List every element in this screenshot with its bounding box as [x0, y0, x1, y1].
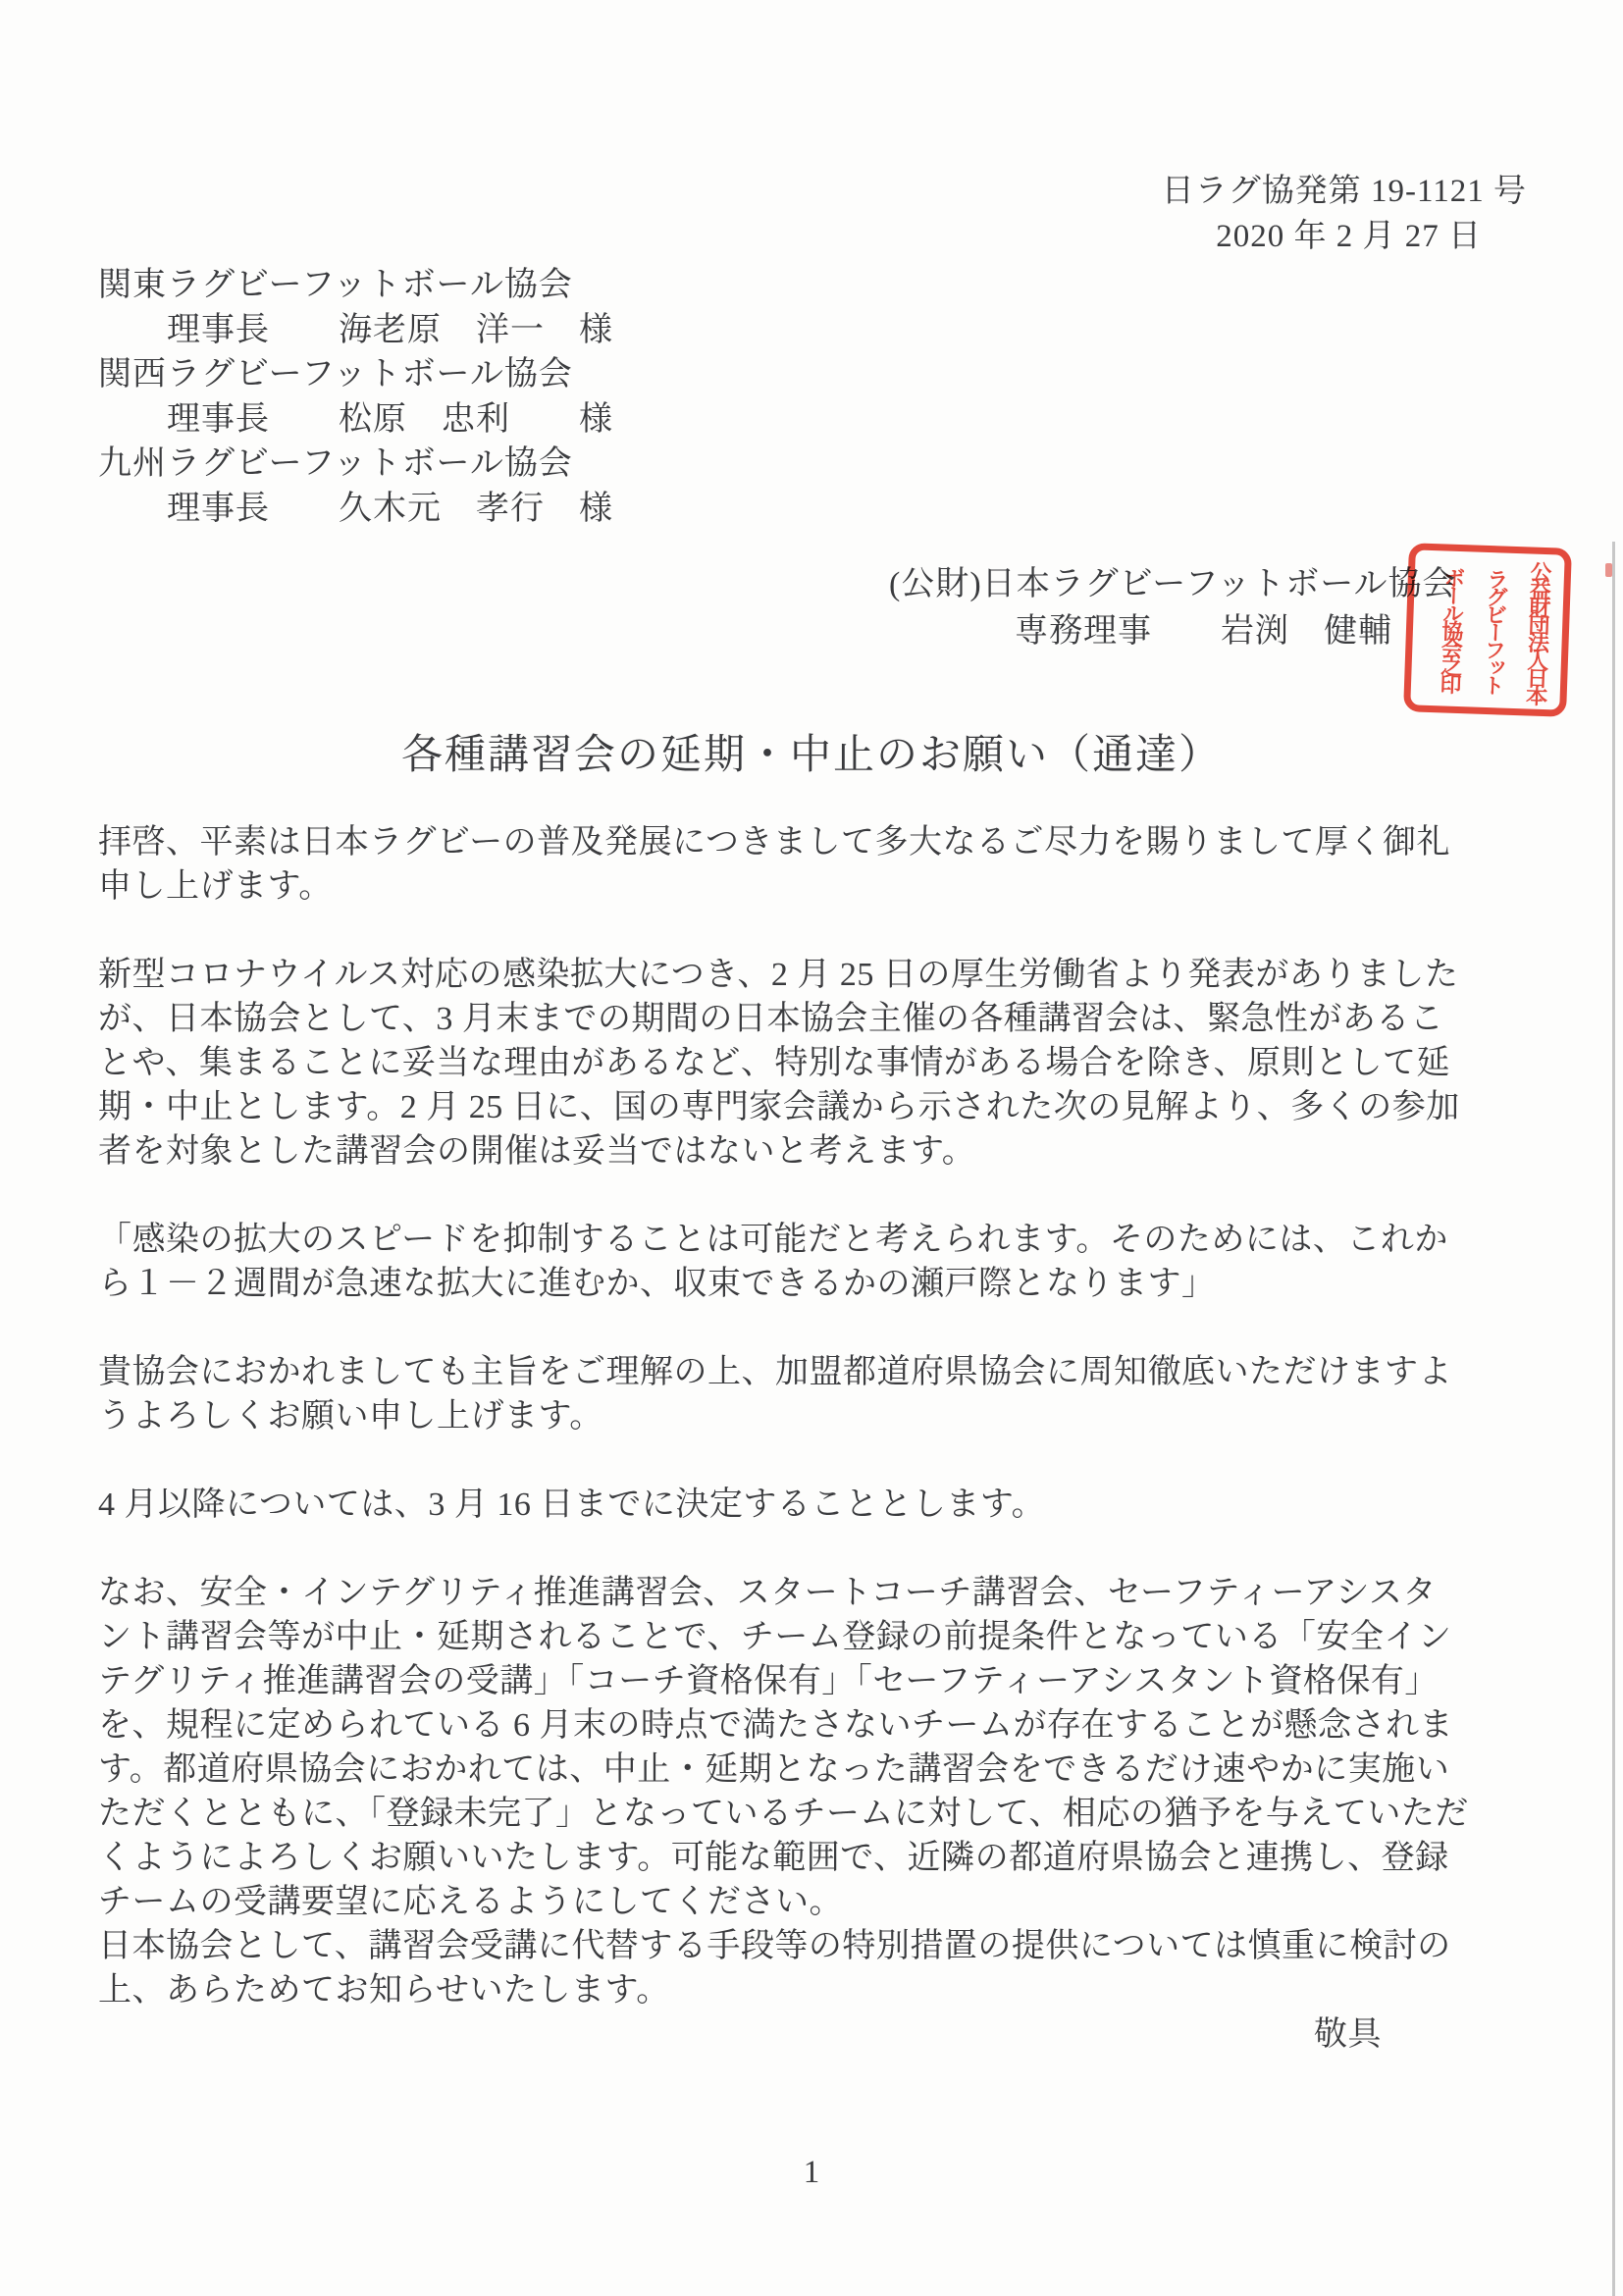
- scan-artifact-line: [1612, 542, 1615, 2296]
- paragraph-expert-quote: 「感染の拡大のスピードを抑制することは可能だと考えられます。そのためには、これか…: [98, 1218, 1541, 1306]
- recipient-person: 理事長 久木元 孝行 様: [98, 487, 613, 532]
- paragraph-registration-concerns: なお、安全・インテグリティ推進講習会、スタートコーチ講習会、セーフティーアシスタ…: [98, 1571, 1541, 1924]
- document-date: 2020 年 2 月 27 日: [1162, 214, 1527, 259]
- stamp-column: ラグビーフット: [1470, 556, 1518, 704]
- scanned-letter-page: 日ラグ協発第 19-1121 号 2020 年 2 月 27 日 関東ラグビーフ…: [0, 0, 1623, 2296]
- recipient-person: 理事長 松原 忠利 様: [98, 397, 613, 443]
- stamp-column: 公益財団法人日本: [1513, 557, 1561, 705]
- stamp-column: ボール協会之印: [1427, 554, 1475, 703]
- recipient-org: 関西ラグビーフットボール協会: [98, 352, 613, 397]
- letter-body: 拝啓、平素は日本ラグビーの普及発展につきまして多大なるご尽力を賜りまして厚く御礼…: [98, 820, 1541, 2057]
- paragraph-alternative-measures: 日本協会として、講習会受講に代替する手段等の特別措置の提供については慎重に検討の…: [98, 1924, 1541, 2012]
- sender-org: (公財)日本ラグビーフットボール協会: [889, 561, 1457, 608]
- page-number: 1: [0, 2155, 1623, 2191]
- paragraph-greeting: 拝啓、平素は日本ラグビーの普及発展につきまして多大なるご尽力を賜りまして厚く御礼…: [98, 820, 1541, 909]
- scan-artifact-speck: [1605, 563, 1612, 577]
- document-header: 日ラグ協発第 19-1121 号 2020 年 2 月 27 日: [1162, 169, 1527, 259]
- document-ref-number: 日ラグ協発第 19-1121 号: [1162, 169, 1527, 214]
- paragraph-april-decision: 4 月以降については、3 月 16 日までに決定することとします。: [98, 1483, 1541, 1527]
- letter-title: 各種講習会の延期・中止のお願い（通達）: [0, 722, 1623, 781]
- closing-keigu: 敬具: [98, 2012, 1541, 2057]
- sender-block: (公財)日本ラグビーフットボール協会 専務理事 岩渕 健輔: [889, 561, 1457, 655]
- official-red-seal-stamp: 公益財団法人日本 ラグビーフット ボール協会之印: [1403, 543, 1572, 717]
- recipient-person: 理事長 海老原 洋一 様: [98, 308, 613, 353]
- paragraph-request: 貴協会におかれましても主旨をご理解の上、加盟都道府県協会に周知徹底いただけますよ…: [98, 1350, 1541, 1438]
- paragraph-covid-policy: 新型コロナウイルス対応の感染拡大につき、2 月 25 日の厚生労働省より発表があ…: [98, 953, 1541, 1174]
- recipient-org: 九州ラグビーフットボール協会: [98, 442, 613, 487]
- recipient-org: 関東ラグビーフットボール協会: [98, 263, 613, 308]
- sender-person: 専務理事 岩渕 健輔: [889, 608, 1457, 655]
- recipients-block: 関東ラグビーフットボール協会 理事長 海老原 洋一 様 関西ラグビーフットボール…: [98, 263, 613, 531]
